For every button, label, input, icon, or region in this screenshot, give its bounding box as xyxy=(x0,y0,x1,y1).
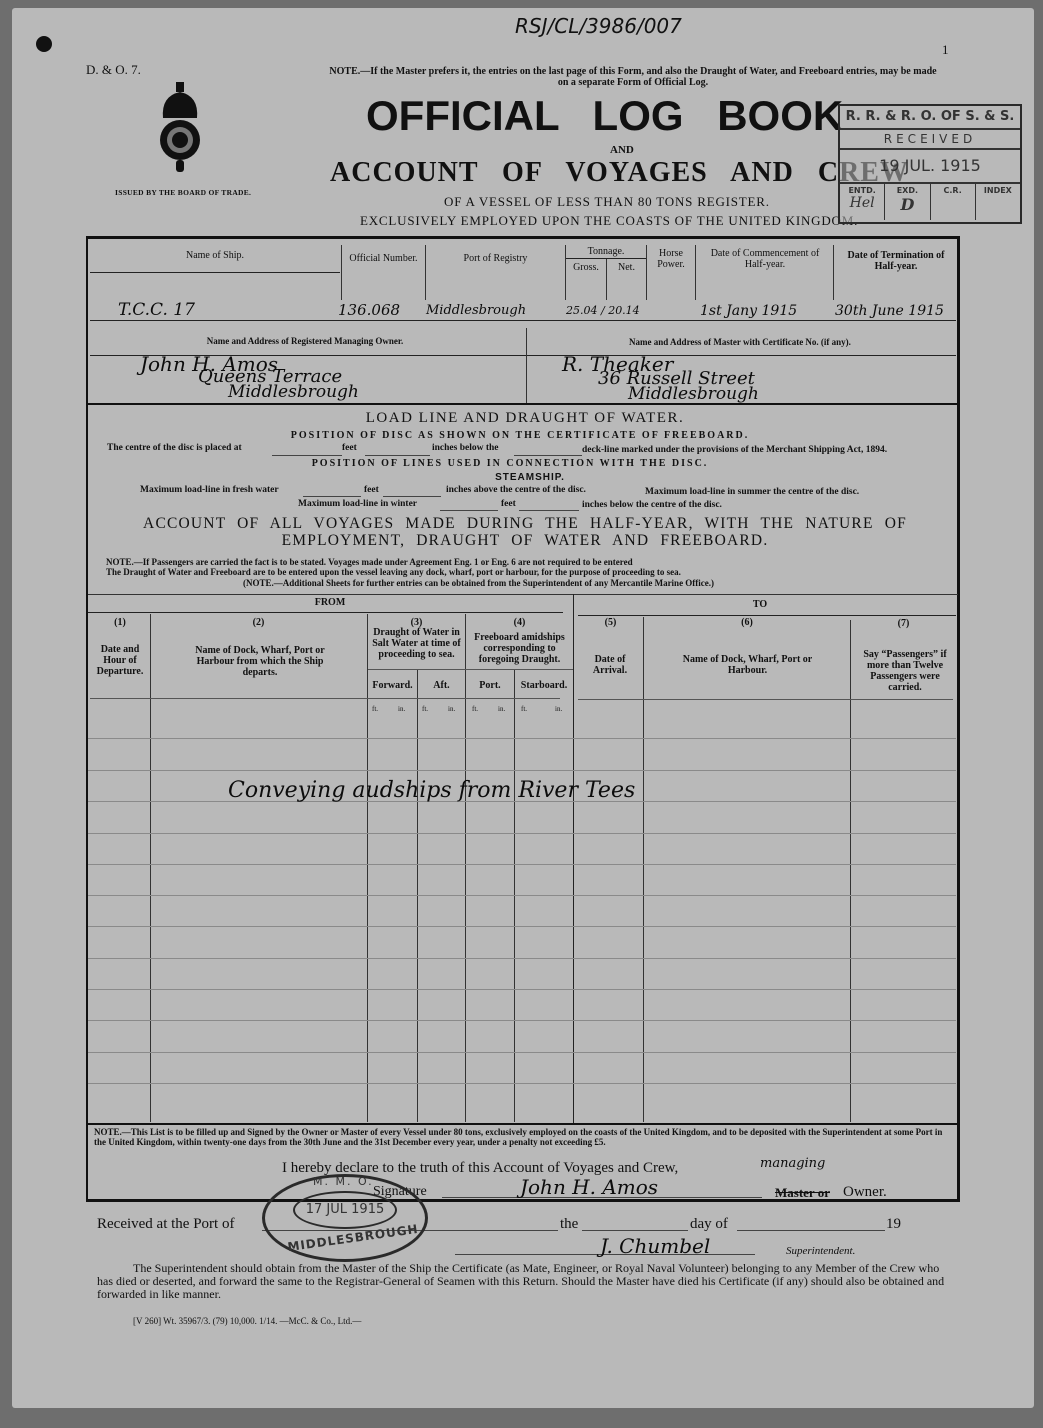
stamp-col-entd: ENTD.Hel xyxy=(840,184,885,220)
page-subtitle: ACCOUNT OF VOYAGES AND CREW xyxy=(330,157,909,189)
unit-ft: ft. xyxy=(422,704,428,715)
position-lines-heading: POSITION OF LINES USED IN CONNECTION WIT… xyxy=(280,458,740,469)
subcol-starboard: Starboard. xyxy=(515,680,573,691)
col3-label: Draught of Water in Salt Water at time o… xyxy=(368,627,465,660)
the-label: the xyxy=(560,1216,578,1233)
col7-number: (7) xyxy=(851,618,956,629)
label-termination: Date of Termination of Half-year. xyxy=(836,250,956,272)
unit-in: in. xyxy=(398,704,405,715)
superintendent-instructions: The Superintendent should obtain from th… xyxy=(97,1262,945,1301)
punch-hole xyxy=(36,36,52,52)
page-number: 1 xyxy=(942,42,949,58)
subtitle-vessel: OF A VESSEL OF LESS THAN 80 TONS REGISTE… xyxy=(444,194,770,210)
col1-label: Date and Hour of Departure. xyxy=(90,644,150,677)
account-title-1: ACCOUNT OF ALL VOYAGES MADE DURING THE H… xyxy=(115,516,935,532)
subtitle-coasts: EXCLUSIVELY EMPLOYED UPON THE COASTS OF … xyxy=(360,213,858,229)
label-tonnage: Tonnage. xyxy=(566,246,646,257)
col4-number: (4) xyxy=(466,617,573,628)
year-label: 19 xyxy=(886,1216,901,1233)
stamp-col-exd: EXD.D xyxy=(885,184,930,220)
issuer-text: ISSUED BY THE BOARD OF TRADE. xyxy=(115,188,251,197)
unit-ft: ft. xyxy=(521,704,527,715)
col5-label: Date of Arrival. xyxy=(585,654,635,676)
owner-signature: John H. Amos xyxy=(520,1175,658,1199)
col2-label: Name of Dock, Wharf, Port or Harbour fro… xyxy=(180,645,340,678)
winter-label: Maximum load-line in winter xyxy=(298,499,417,509)
to-label: TO xyxy=(740,599,780,610)
reference-number: RSJ/CL/3986/007 xyxy=(515,14,682,38)
stamp-col-cr: C.R. xyxy=(931,184,976,220)
ship-name-value: T.C.C. 17 xyxy=(118,300,195,320)
col2-number: (2) xyxy=(151,617,366,628)
port-stamp-date: 17 JUL 1915 xyxy=(293,1191,397,1229)
label-net: Net. xyxy=(607,262,646,273)
voyage-entry: Conveying audships from River Tees xyxy=(228,778,635,803)
label-port-registry: Port of Registry xyxy=(426,253,565,264)
day-of-label: day of xyxy=(690,1216,728,1233)
disc-feet-label: feet xyxy=(342,443,357,453)
label-horse-power: Horse Power. xyxy=(647,248,695,270)
disc-inches-label: inches below the xyxy=(432,443,499,453)
stamp-date: 19 JUL. 1915 xyxy=(840,150,1020,184)
stamp-received: RECEIVED xyxy=(840,130,1020,150)
royal-crest-icon xyxy=(155,80,205,180)
col6-label: Name of Dock, Wharf, Port or Harbour. xyxy=(665,654,830,676)
summer-label: Maximum load-line in summer the centre o… xyxy=(645,487,859,497)
owner-address-2: Middlesbrough xyxy=(228,382,359,402)
port-stamp: M. M. O. 17 JUL 1915 MIDDLESBROUGH xyxy=(262,1174,428,1262)
page-title: OFFICIAL LOG BOOK xyxy=(366,92,843,140)
label-commencement: Date of Commencement of Half-year. xyxy=(700,248,830,270)
managing-handwritten: managing xyxy=(760,1156,825,1171)
header-note: NOTE.—If the Master prefers it, the entr… xyxy=(328,66,938,88)
col1-number: (1) xyxy=(90,617,150,628)
termination-value: 30th June 1915 xyxy=(835,303,944,319)
position-disc-heading: POSITION OF DISC AS SHOWN ON THE CERTIFI… xyxy=(240,430,800,441)
deck-line-label: deck-line marked under the provisions of… xyxy=(582,445,887,455)
unit-ft: ft. xyxy=(372,704,378,715)
label-gross: Gross. xyxy=(566,262,606,273)
owner-label: Owner. xyxy=(843,1184,887,1201)
tonnage-value: 25.04 / 20.14 xyxy=(566,304,640,317)
fresh-inches-label: inches above the centre of the disc. xyxy=(446,485,586,495)
master-address-2: Middlesbrough xyxy=(628,384,759,404)
col5-number: (5) xyxy=(578,617,643,628)
subcol-forward: Forward. xyxy=(368,680,417,691)
superintendent-label: Superintendent. xyxy=(786,1245,855,1257)
from-label: FROM xyxy=(300,597,360,608)
unit-ft: ft. xyxy=(472,704,478,715)
label-master: Name and Address of Master with Certific… xyxy=(530,337,950,348)
master-struck-text: Master or xyxy=(775,1185,830,1201)
account-note-2: The Draught of Water and Freeboard are t… xyxy=(106,567,681,577)
label-ship-name: Name of Ship. xyxy=(90,250,340,261)
unit-in: in. xyxy=(448,704,455,715)
official-number-value: 136.068 xyxy=(338,301,400,319)
subcol-port: Port. xyxy=(466,680,514,691)
superintendent-signature: J. Chumbel xyxy=(600,1234,710,1258)
port-stamp-top: M. M. O. xyxy=(313,1175,374,1188)
account-note-3: (NOTE.—Additional Sheets for further ent… xyxy=(243,578,714,588)
load-line-title: LOAD LINE AND DRAUGHT OF WATER. xyxy=(300,410,750,426)
disc-line-label: The centre of the disc is placed at xyxy=(107,443,242,453)
label-official-number: Official Number. xyxy=(342,253,425,264)
commencement-value: 1st Jany 1915 xyxy=(700,303,797,319)
title-and: AND xyxy=(610,144,634,156)
col4-label: Freeboard amidships corresponding to for… xyxy=(466,632,573,665)
print-code: [V 260] Wt. 35967/3. (79) 10,000. 1/14. … xyxy=(133,1316,361,1326)
winter-feet-label: feet xyxy=(501,499,516,509)
port-value: Middlesbrough xyxy=(426,303,526,318)
account-note-1: NOTE.—If Passengers are carried the fact… xyxy=(106,557,633,567)
unit-in: in. xyxy=(555,704,562,715)
fresh-feet-label: feet xyxy=(364,485,379,495)
col7-label: Say “Passengers” if more than Twelve Pas… xyxy=(855,649,955,693)
unit-in: in. xyxy=(498,704,505,715)
winter-inches-label: inches below the centre of the disc. xyxy=(582,500,722,510)
form-code: D. & O. 7. xyxy=(86,62,141,78)
stamp-col-index: INDEX xyxy=(976,184,1020,220)
subcol-aft: Aft. xyxy=(418,680,465,691)
account-title-2: EMPLOYMENT, DRAUGHT OF WATER AND FREEBOA… xyxy=(200,533,850,549)
received-stamp: R. R. & R. O. OF S. & S. RECEIVED 19 JUL… xyxy=(838,104,1022,224)
steamship-heading: STEAMSHIP. xyxy=(460,472,600,483)
received-at-label: Received at the Port of xyxy=(97,1216,234,1233)
fresh-water-label: Maximum load-line in fresh water xyxy=(140,485,279,495)
stamp-office: R. R. & R. O. OF S. & S. xyxy=(840,106,1020,130)
col6-number: (6) xyxy=(644,617,850,628)
label-owner: Name and Address of Registered Managing … xyxy=(90,336,520,347)
footer-note: NOTE.—This List is to be filled up and S… xyxy=(94,1127,944,1147)
